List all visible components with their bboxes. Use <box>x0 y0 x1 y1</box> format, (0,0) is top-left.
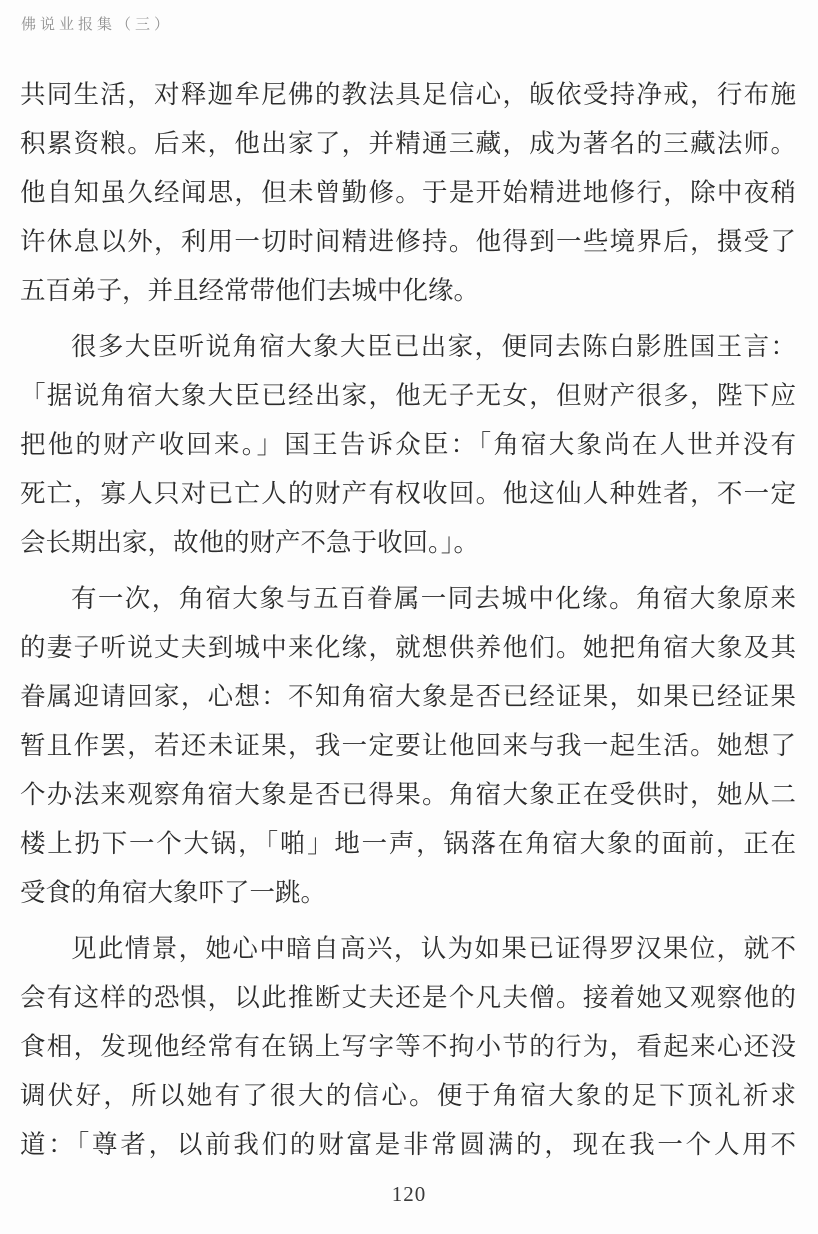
text-line: 暂且作罢，若还未证果，我一定要让他回来与我一起生活。她想了 <box>20 721 796 770</box>
body-text: 共同生活，对释迦牟尼佛的教法具足信心，皈依受持净戒，行布施 积累资粮。后来，他出… <box>20 70 796 1169</box>
text-line: 把他的财产收回来。」国王告诉众臣：「角宿大象尚在人世并没有 <box>20 420 796 469</box>
text-line: 的妻子听说丈夫到城中来化缘，就想供养他们。她把角宿大象及其 <box>20 623 796 672</box>
text-line: 有一次，角宿大象与五百眷属一同去城中化缘。角宿大象原来 <box>20 574 796 623</box>
text-line: 食相，发现他经常有在锅上写字等不拘小节的行为，看起来心还没 <box>20 1022 796 1071</box>
book-page: 佛说业报集（三） 共同生活，对释迦牟尼佛的教法具足信心，皈依受持净戒，行布施 积… <box>0 0 818 1234</box>
text-line: 会有这样的恐惧，以此推断丈夫还是个凡夫僧。接着她又观察他的 <box>20 973 796 1022</box>
text-line: 见此情景，她心中暗自高兴，认为如果已证得罗汉果位，就不 <box>20 924 796 973</box>
text-line: 道：「尊者，以前我们的财富是非常圆满的，现在我一个人用不 <box>20 1120 796 1169</box>
text-line: 个办法来观察角宿大象是否已得果。角宿大象正在受供时，她从二 <box>20 770 796 819</box>
paragraph: 共同生活，对释迦牟尼佛的教法具足信心，皈依受持净戒，行布施 积累资粮。后来，他出… <box>20 70 796 315</box>
text-line: 会长期出家，故他的财产不急于收回。」。 <box>20 518 796 567</box>
paragraph: 有一次，角宿大象与五百眷属一同去城中化缘。角宿大象原来 的妻子听说丈夫到城中来化… <box>20 574 796 917</box>
text-line: 五百弟子，并且经常带他们去城中化缘。 <box>20 266 796 315</box>
running-header: 佛说业报集（三） <box>21 13 173 34</box>
page-number: 120 <box>0 1182 818 1207</box>
text-line: 积累资粮。后来，他出家了，并精通三藏，成为著名的三藏法师。 <box>20 119 796 168</box>
text-line: 楼上扔下一个大锅，「啪」地一声，锅落在角宿大象的面前，正在 <box>20 819 796 868</box>
paragraph: 很多大臣听说角宿大象大臣已出家，便同去陈白影胜国王言： 「据说角宿大象大臣已经出… <box>20 322 796 567</box>
text-line: 眷属迎请回家，心想：不知角宿大象是否已经证果，如果已经证果 <box>20 672 796 721</box>
text-line: 很多大臣听说角宿大象大臣已出家，便同去陈白影胜国王言： <box>20 322 796 371</box>
text-line: 许休息以外，利用一切时间精进修持。他得到一些境界后，摄受了 <box>20 217 796 266</box>
text-line: 死亡，寡人只对已亡人的财产有权收回。他这仙人种姓者，不一定 <box>20 469 796 518</box>
text-line: 受食的角宿大象吓了一跳。 <box>20 868 796 917</box>
text-line: 他自知虽久经闻思，但未曾勤修。于是开始精进地修行，除中夜稍 <box>20 168 796 217</box>
text-line: 调伏好，所以她有了很大的信心。便于角宿大象的足下顶礼祈求 <box>20 1071 796 1120</box>
paragraph: 见此情景，她心中暗自高兴，认为如果已证得罗汉果位，就不 会有这样的恐惧，以此推断… <box>20 924 796 1169</box>
text-line: 共同生活，对释迦牟尼佛的教法具足信心，皈依受持净戒，行布施 <box>20 70 796 119</box>
text-line: 「据说角宿大象大臣已经出家，他无子无女，但财产很多，陛下应 <box>20 371 796 420</box>
